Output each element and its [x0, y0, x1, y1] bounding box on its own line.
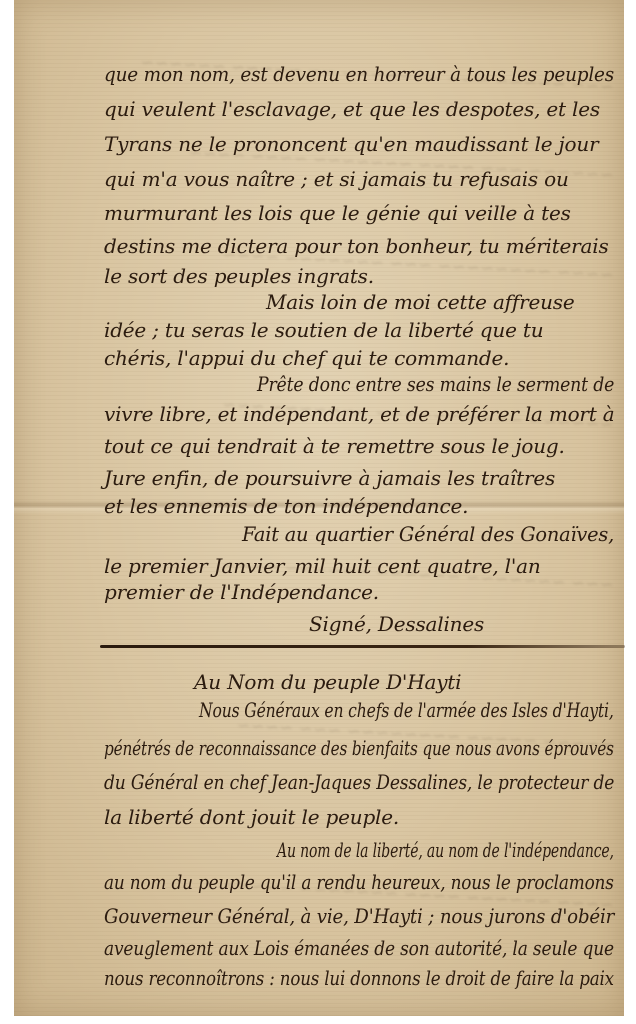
- text-line: murmurant les lois que le génie qui veil…: [104, 201, 571, 225]
- text-line: du Général en chef Jean-Jaques Dessaline…: [104, 770, 614, 794]
- text-line: Tyrans ne le prononcent qu'en maudissant…: [104, 132, 598, 156]
- manuscript-page: ~~~ ~~~~~ ~~~ ~~~~~~~ ~~ ~~~~~ ~~~~~~ ~~…: [14, 0, 624, 1016]
- text-line: pénétrés de reconnaissance des bienfaits…: [104, 736, 614, 760]
- section-divider: [100, 645, 625, 648]
- text-line: et les ennemis de ton indépendance.: [104, 494, 468, 518]
- text-line: Mais loin de moi cette affreuse: [266, 290, 574, 314]
- text-line: qui veulent l'esclavage, et que les desp…: [104, 97, 600, 121]
- text-line: Fait au quartier Général des Gonaïves,: [242, 522, 614, 546]
- text-line: tout ce qui tendrait à te remettre sous …: [104, 434, 565, 458]
- text-line: aveuglement aux Lois émanées de son auto…: [104, 936, 614, 960]
- text-line: premier de l'Indépendance.: [104, 580, 379, 604]
- section-heading: Au Nom du peuple D'Hayti: [194, 670, 461, 694]
- text-line: Jure enfin, de poursuivre à jamais les t…: [104, 466, 555, 490]
- text-line: Gouverneur Général, à vie, D'Hayti ; nou…: [104, 904, 614, 928]
- text-line: le premier Janvier, mil huit cent quatre…: [104, 554, 541, 578]
- text-line: nous reconnoîtrons : nous lui donnons le…: [104, 966, 614, 990]
- text-line: Au nom de la liberté, au nom de l'indépe…: [277, 838, 614, 862]
- text-line: la liberté dont jouit le peuple.: [104, 805, 399, 829]
- text-line: destins me dictera pour ton bonheur, tu …: [104, 234, 609, 258]
- text-line: le sort des peuples ingrats.: [104, 264, 374, 288]
- signature: Signé, Dessalines: [309, 612, 484, 636]
- text-line: Nous Généraux en chefs de l'armée des Is…: [199, 698, 614, 722]
- text-line: chéris, l'appui du chef qui te commande.: [104, 346, 509, 370]
- text-line: vivre libre, et indépendant, et de préfé…: [104, 402, 614, 426]
- text-line: au nom du peuple qu'il a rendu heureux, …: [104, 870, 614, 894]
- text-line: Prête donc entre ses mains le serment de: [257, 372, 614, 396]
- text-line: que mon nom, est devenu en horreur à tou…: [104, 62, 614, 86]
- text-line: idée ; tu seras le soutien de la liberté…: [104, 318, 543, 342]
- text-line: qui m'a vous naître ; et si jamais tu re…: [104, 167, 569, 191]
